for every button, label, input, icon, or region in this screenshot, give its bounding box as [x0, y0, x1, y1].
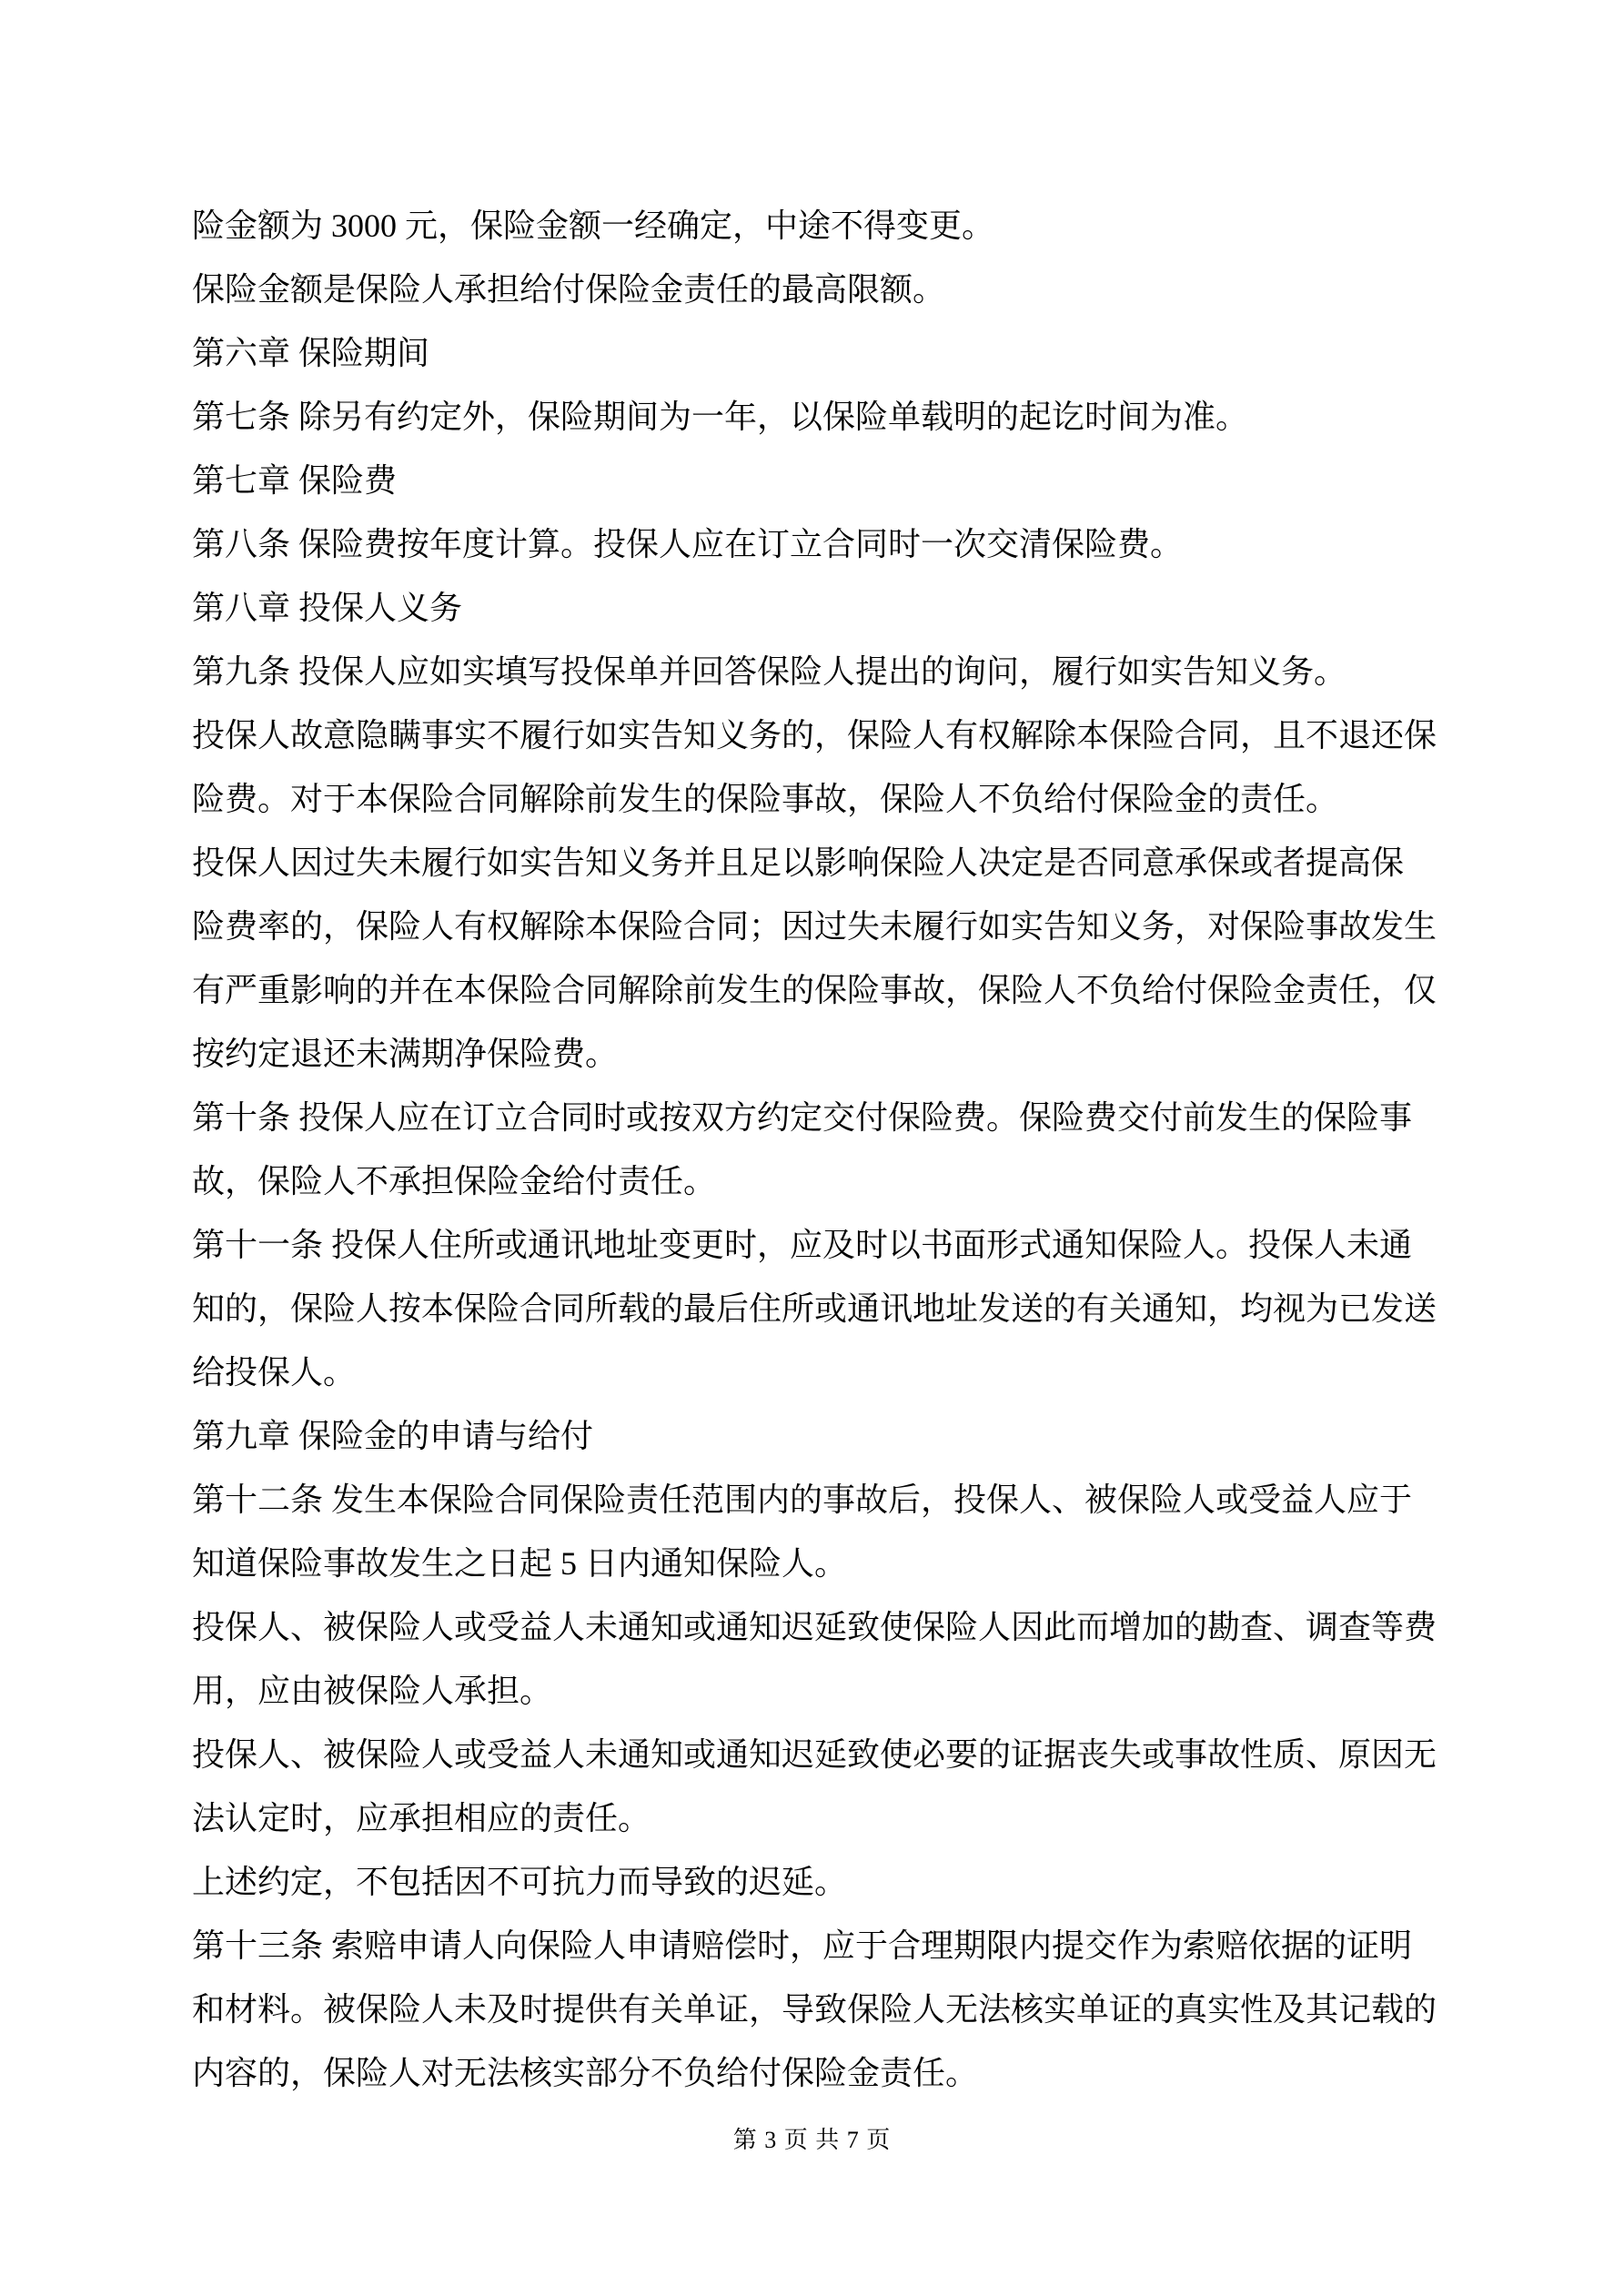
article-line: 第八条 保险费按年度计算。投保人应在订立合同时一次交清保险费。 — [192, 512, 1443, 576]
document-line: 险费率的，保险人有权解除本保险合同；因过失未履行如实告知义务，对保险事故发生 — [192, 895, 1443, 958]
article-line: 第七条 除另有约定外，保险期间为一年，以保险单载明的起讫时间为准。 — [192, 385, 1443, 449]
document-line: 知的，保险人按本保险合同所载的最后住所或通讯地址发送的有关通知，均视为已发送 — [192, 1277, 1443, 1340]
document-line: 保险金额是保险人承担给付保险金责任的最高限额。 — [192, 258, 1443, 321]
document-page: 险金额为 3000 元，保险金额一经确定，中途不得变更。保险金额是保险人承担给付… — [0, 0, 1624, 2296]
document-line: 投保人因过失未履行如实告知义务并且足以影响保险人决定是否同意承保或者提高保 — [192, 831, 1443, 895]
article-line: 第十条 投保人应在订立合同时或按双方约定交付保险费。保险费交付前发生的保险事 — [192, 1086, 1443, 1149]
document-line: 给投保人。 — [192, 1340, 1443, 1404]
chapter-heading-line: 第八章 投保人义务 — [192, 576, 1443, 640]
document-line: 有严重影响的并在本保险合同解除前发生的保险事故，保险人不负给付保险金责任，仅 — [192, 958, 1443, 1022]
chapter-heading-line: 第六章 保险期间 — [192, 321, 1443, 385]
document-line: 投保人、被保险人或受益人未通知或通知迟延致使保险人因此而增加的勘查、调查等费 — [192, 1595, 1443, 1659]
document-line: 和材料。被保险人未及时提供有关单证，导致保险人无法核实单证的真实性及其记载的 — [192, 1977, 1443, 2041]
document-line: 故，保险人不承担保险金给付责任。 — [192, 1149, 1443, 1213]
document-line: 用，应由被保险人承担。 — [192, 1659, 1443, 1723]
document-line: 知道保险事故发生之日起 5 日内通知保险人。 — [192, 1532, 1443, 1595]
chapter-heading-line: 第九章 保险金的申请与给付 — [192, 1404, 1443, 1468]
chapter-heading-line: 第七章 保险费 — [192, 449, 1443, 512]
document-line: 上述约定，不包括因不可抗力而导致的迟延。 — [192, 1850, 1443, 1914]
document-body: 险金额为 3000 元，保险金额一经确定，中途不得变更。保险金额是保险人承担给付… — [192, 194, 1443, 2105]
document-line: 投保人故意隐瞒事实不履行如实告知义务的，保险人有权解除本保险合同，且不退还保 — [192, 703, 1443, 767]
page-number-text: 第 3 页 共 7 页 — [733, 2127, 892, 2153]
document-line: 内容的，保险人对无法核实部分不负给付保险金责任。 — [192, 2041, 1443, 2105]
page-footer: 第 3 页 共 7 页 — [0, 2126, 1624, 2155]
article-line: 第九条 投保人应如实填写投保单并回答保险人提出的询问，履行如实告知义务。 — [192, 640, 1443, 703]
article-line: 第十三条 索赔申请人向保险人申请赔偿时，应于合理期限内提交作为索赔依据的证明 — [192, 1914, 1443, 1977]
article-line: 第十一条 投保人住所或通讯地址变更时，应及时以书面形式通知保险人。投保人未通 — [192, 1213, 1443, 1277]
document-line: 投保人、被保险人或受益人未通知或通知迟延致使必要的证据丧失或事故性质、原因无 — [192, 1723, 1443, 1786]
document-line: 险金额为 3000 元，保险金额一经确定，中途不得变更。 — [192, 194, 1443, 258]
document-line: 按约定退还未满期净保险费。 — [192, 1022, 1443, 1086]
article-line: 第十二条 发生本保险合同保险责任范围内的事故后，投保人、被保险人或受益人应于 — [192, 1468, 1443, 1532]
document-line: 法认定时，应承担相应的责任。 — [192, 1786, 1443, 1850]
document-line: 险费。对于本保险合同解除前发生的保险事故，保险人不负给付保险金的责任。 — [192, 767, 1443, 831]
